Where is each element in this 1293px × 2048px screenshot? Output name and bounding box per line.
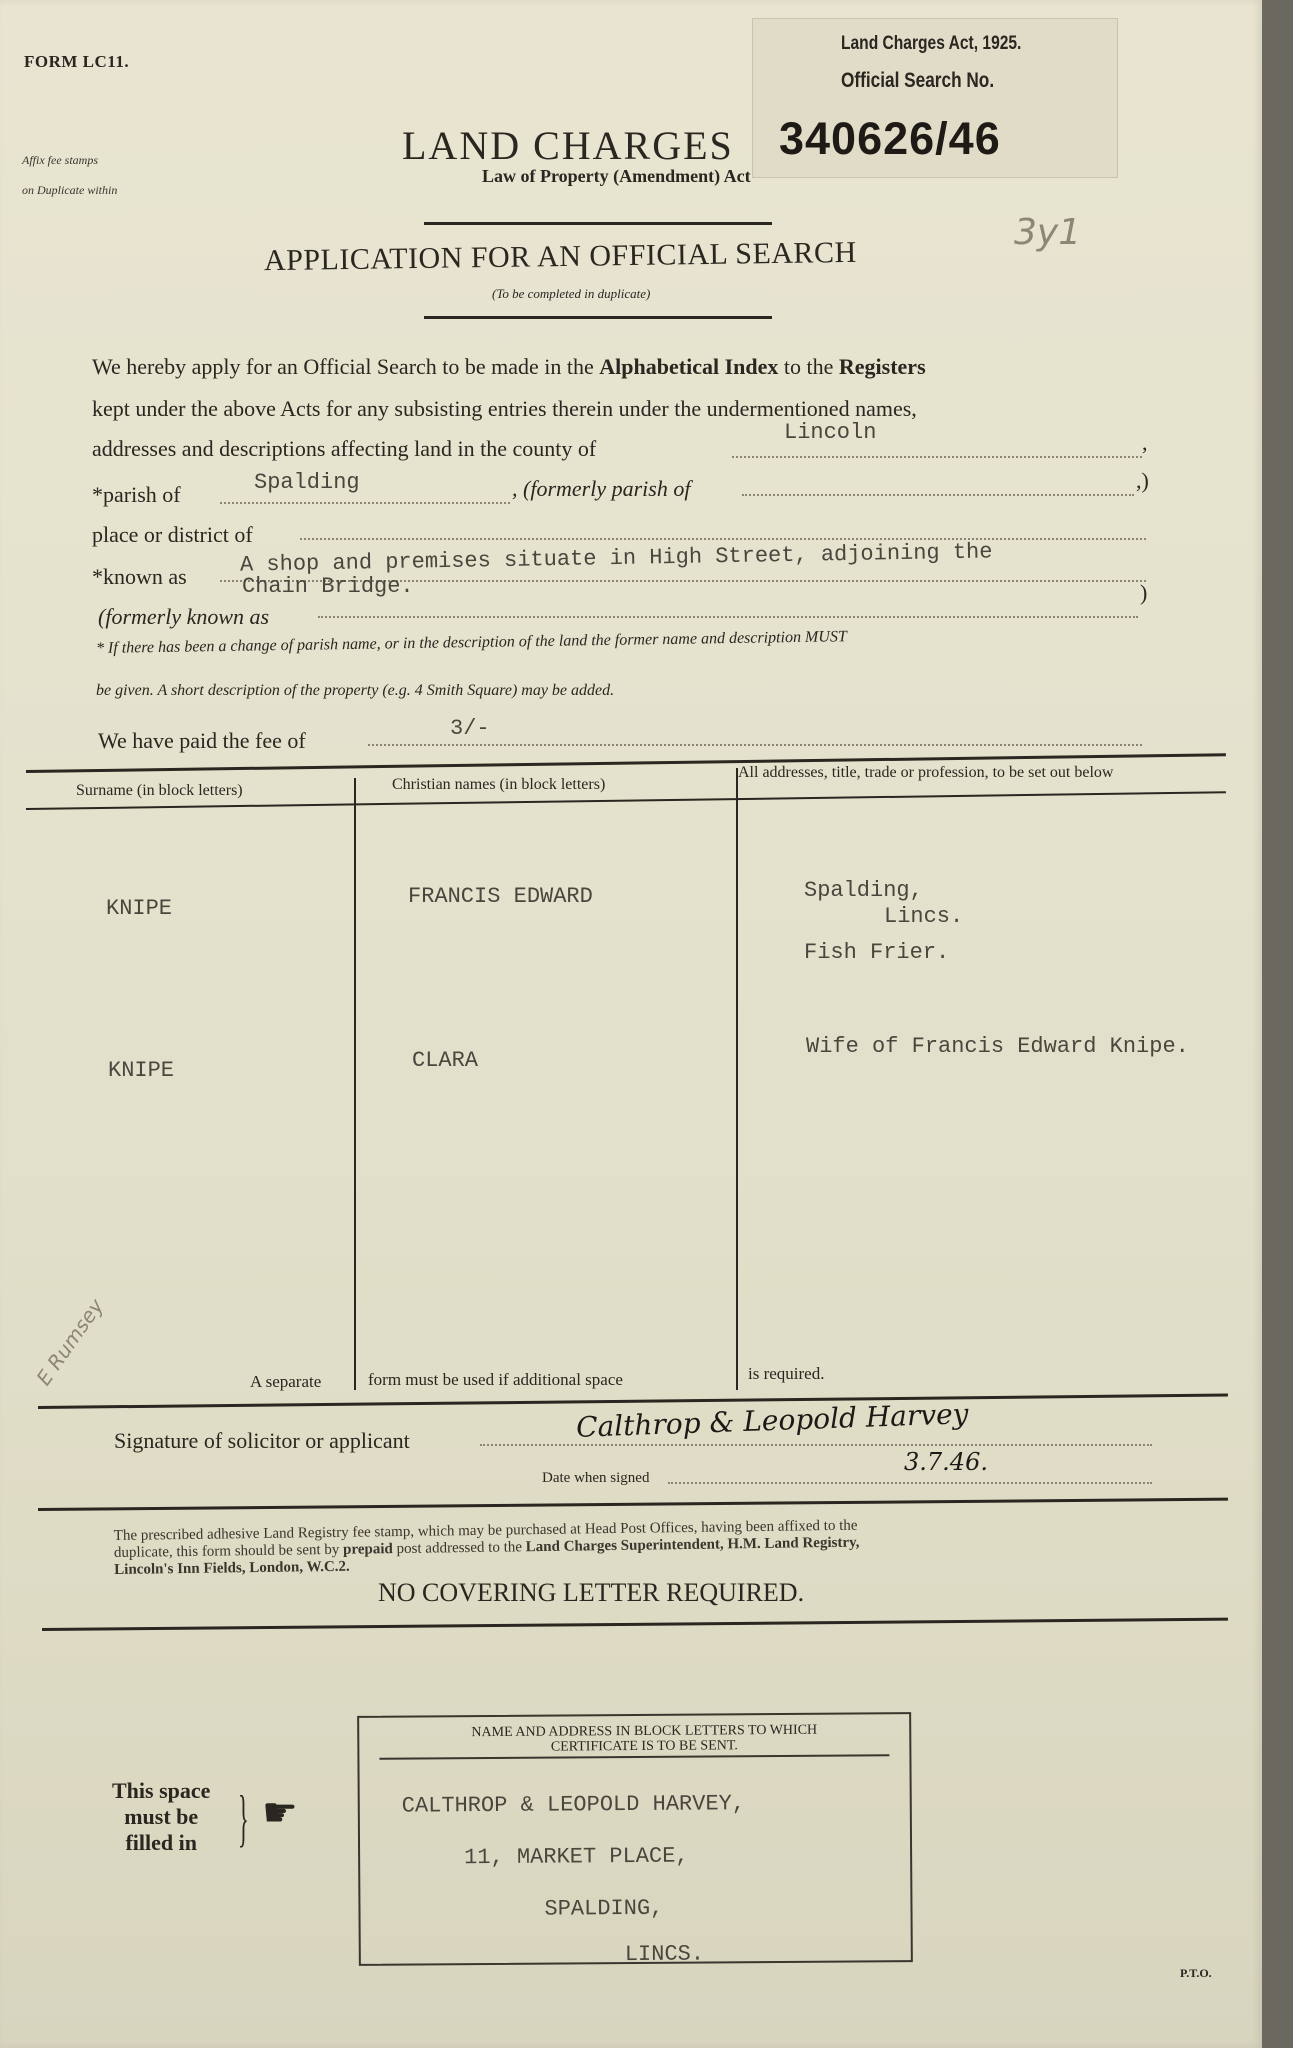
brace-icon: }: [238, 1778, 249, 1858]
form-number: FORM LC11.: [24, 52, 129, 72]
signature-label: Signature of solicitor or applicant: [114, 1428, 410, 1454]
address-line-3: SPALDING,: [544, 1896, 663, 1922]
fee-label: We have paid the fee of: [98, 728, 306, 754]
row2-address-line1: Wife of Francis Edward Knipe.: [806, 1034, 1189, 1059]
column-header-addresses: All addresses, title, trade or professio…: [738, 764, 1113, 782]
signature-field[interactable]: Calthrop & Leopold Harvey: [576, 1397, 969, 1444]
date-signed-field[interactable]: 3.7.46.: [904, 1448, 988, 1476]
alphabetical-index-text: Alphabetical Index: [599, 354, 778, 379]
divider: [38, 1498, 1228, 1511]
column-header-christian-names: Christian names (in block letters): [392, 776, 605, 794]
address-line-4: LINCS.: [625, 1942, 704, 1968]
formerly-known-field[interactable]: [318, 616, 1138, 618]
fee-field-line: [368, 744, 1142, 746]
row2-christian-names: CLARA: [412, 1048, 478, 1073]
instructions-text: post addressed to the: [393, 1539, 526, 1557]
intro-line-2: kept under the above Acts for any subsis…: [92, 396, 917, 422]
divider: [424, 222, 772, 225]
place-label: place or district of: [92, 522, 253, 548]
punctuation: ,: [1142, 430, 1148, 456]
punctuation: ): [1140, 580, 1147, 606]
signature-field-line: [480, 1444, 1152, 1446]
address-line-2: 11, MARKET PLACE,: [464, 1844, 689, 1871]
column-divider: [736, 768, 738, 1390]
known-as-field-line2[interactable]: Chain Bridge.: [242, 574, 414, 599]
stamp-label: Official Search No.: [841, 69, 994, 93]
official-search-stamp: Land Charges Act, 1925. Official Search …: [752, 18, 1118, 178]
row1-surname: KNIPE: [106, 896, 172, 921]
row2-surname: KNIPE: [108, 1058, 174, 1083]
parish-label: *parish of: [92, 482, 181, 508]
document-title: LAND CHARGES: [402, 122, 734, 169]
fill-in-note-line2: must be: [112, 1804, 210, 1830]
registers-text: Registers: [839, 354, 926, 379]
address-line-1: CALTHROP & LEOPOLD HARVEY,: [402, 1791, 745, 1818]
certificate-address-box[interactable]: NAME AND ADDRESS IN BLOCK LETTERS TO WHI…: [357, 1712, 913, 1966]
address-box-header: NAME AND ADDRESS IN BLOCK LETTERS TO WHI…: [409, 1722, 879, 1755]
formerly-known-label: (formerly known as: [98, 604, 269, 630]
official-search-number: 340626/46: [779, 113, 1001, 165]
note-line-1: * If there has been a change of parish n…: [96, 628, 847, 658]
application-subtitle: (To be completed in duplicate): [492, 286, 650, 302]
instructions-bold: Land Charges Superintendent, H.M. Land R…: [526, 1535, 860, 1556]
document-page: FORM LC11. Affix fee stamps on Duplicate…: [0, 0, 1262, 2048]
date-field-line: [668, 1482, 1152, 1484]
fill-in-note-line1: This space: [112, 1778, 210, 1804]
known-as-field-line1[interactable]: A shop and premises situate in High Stre…: [240, 539, 993, 577]
punctuation: ,): [1136, 468, 1149, 494]
formerly-parish-label: , (formerly parish of: [512, 476, 690, 502]
place-field[interactable]: [300, 538, 1146, 540]
row1-christian-names: FRANCIS EDWARD: [408, 884, 593, 909]
formerly-parish-field[interactable]: [742, 494, 1134, 496]
instructions-bold: Lincoln's Inn Fields, London, W.C.2.: [114, 1559, 350, 1578]
table-bottom-rule: [38, 1394, 1228, 1409]
county-field[interactable]: Lincoln: [784, 420, 876, 445]
handwritten-reference: 3y1: [1014, 212, 1081, 253]
table-footer-3: is required.: [748, 1364, 824, 1384]
known-as-label: *known as: [92, 564, 187, 590]
intro-text: We hereby apply for an Official Search t…: [92, 354, 599, 379]
county-label: addresses and descriptions affecting lan…: [92, 436, 596, 462]
intro-text: to the: [778, 354, 839, 379]
affix-note-line1: Affix fee stamps: [22, 145, 117, 175]
date-signed-label: Date when signed: [542, 1470, 649, 1487]
fill-in-note: This space must be filled in: [112, 1778, 210, 1856]
document-subtitle: Law of Property (Amendment) Act: [482, 166, 751, 187]
stamp-act: Land Charges Act, 1925.: [841, 33, 1021, 55]
parish-field-line: [220, 502, 510, 504]
row1-address-line3: Fish Frier.: [804, 940, 949, 965]
pencil-margin-note: E Rumsey: [31, 1294, 108, 1389]
row1-address-line1: Spalding,: [804, 878, 923, 903]
table-footer-1: A separate: [250, 1372, 321, 1392]
note-line-2: be given. A short description of the pro…: [96, 682, 614, 700]
affix-note-line2: on Duplicate within: [22, 175, 117, 205]
pto-marker: P.T.O.: [1180, 1966, 1212, 1981]
county-field-line: [732, 456, 1142, 458]
no-covering-letter: NO COVERING LETTER REQUIRED.: [378, 1578, 804, 1608]
row1-address-line2: Lincs.: [884, 904, 963, 929]
column-divider: [354, 778, 356, 1390]
table-footer-2: form must be used if additional space: [368, 1370, 623, 1390]
instructions-bold: prepaid: [343, 1541, 393, 1558]
column-header-surname: Surname (in block letters): [76, 782, 243, 800]
postage-instructions: The prescribed adhesive Land Registry fe…: [114, 1513, 1155, 1579]
fill-in-note-line3: filled in: [112, 1830, 210, 1856]
application-title: APPLICATION FOR AN OFFICIAL SEARCH: [264, 236, 857, 278]
fee-field[interactable]: 3/-: [450, 716, 490, 741]
divider: [424, 316, 772, 319]
affix-note: Affix fee stamps on Duplicate within: [22, 145, 117, 205]
divider: [42, 1618, 1228, 1631]
parish-field[interactable]: Spalding: [254, 470, 360, 495]
intro-line-1: We hereby apply for an Official Search t…: [92, 354, 926, 380]
pointing-hand-icon: ☛: [262, 1790, 298, 1836]
instructions-text: duplicate, this form should be sent by: [114, 1542, 343, 1561]
